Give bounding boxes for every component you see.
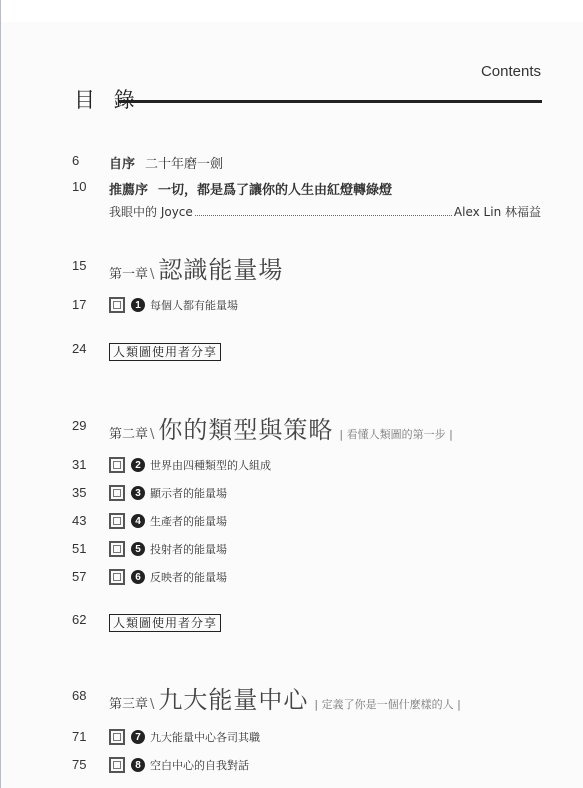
entry-prefix: 推薦序 — [109, 183, 148, 198]
slash-icon: \ — [150, 697, 154, 712]
dot-leader — [195, 215, 452, 216]
figure-number-badge: 1 — [131, 298, 145, 312]
page-number: 15 — [72, 258, 86, 273]
chapter-title: 你的類型與策略 — [158, 416, 333, 444]
figure-icon — [109, 729, 125, 745]
page-edge — [0, 0, 1, 788]
figure-title: 九大能量中心各司其職 — [150, 729, 260, 745]
figure-icon — [109, 513, 125, 529]
figure-title: 投射者的能量場 — [150, 541, 227, 557]
page-number: 24 — [72, 341, 86, 356]
page-number: 35 — [72, 485, 86, 500]
contents-heading-en: Contents — [481, 63, 541, 80]
toc-title: 目 錄 — [74, 84, 141, 114]
figure-icon — [109, 457, 125, 473]
foreword-author: Alex Lin 林福益 — [454, 203, 541, 220]
figure-title: 反映者的能量場 — [150, 569, 227, 585]
figure-title: 空白中心的自我對話 — [150, 757, 249, 773]
page-number: 29 — [72, 418, 86, 433]
figure-number-badge: 7 — [131, 730, 145, 744]
figure-number-badge: 6 — [131, 570, 145, 584]
slash-icon: \ — [150, 427, 154, 442]
page-number: 31 — [72, 457, 86, 472]
figure-icon — [109, 541, 125, 557]
foreword-author-line: 我眼中的 Joyce Alex Lin 林福益 — [109, 203, 541, 220]
figure-icon — [109, 569, 125, 585]
user-share-box: 人類圖使用者分享 — [109, 343, 221, 361]
chapter-title: 九大能量中心 — [158, 686, 308, 714]
page-top-margin — [0, 0, 583, 22]
chapter-title: 認識能量場 — [158, 256, 283, 284]
foreword-subtitle: 我眼中的 Joyce — [109, 203, 193, 220]
chapter-label: 第二章 — [109, 427, 148, 442]
figure-icon — [109, 757, 125, 773]
title-underline — [118, 100, 542, 103]
user-share-box: 人類圖使用者分享 — [109, 614, 221, 632]
entry-title: 一切，都是爲了讓你的人生由紅燈轉綠燈 — [158, 183, 392, 198]
chapter-label: 第一章 — [109, 267, 148, 282]
page-number: 75 — [72, 757, 86, 772]
slash-icon: \ — [150, 267, 154, 282]
page-number: 71 — [72, 729, 86, 744]
figure-title: 顯示者的能量場 — [150, 485, 227, 501]
page-number: 57 — [72, 569, 86, 584]
figure-number-badge: 2 — [131, 458, 145, 472]
figure-number-badge: 4 — [131, 514, 145, 528]
page-number: 10 — [72, 179, 86, 194]
entry-title: 二十年磨一劍 — [145, 157, 223, 172]
chapter-tagline: | 看懂人類圖的第一步 | — [339, 428, 452, 441]
figure-number-badge: 8 — [131, 758, 145, 772]
chapter-tagline: | 定義了你是一個什麼樣的人 | — [314, 698, 460, 711]
entry-prefix: 自序 — [109, 157, 135, 172]
figure-title: 每個人都有能量場 — [150, 297, 238, 313]
page-number: 62 — [72, 612, 86, 627]
figure-title: 生產者的能量場 — [150, 513, 227, 529]
page-number: 68 — [72, 688, 86, 703]
figure-title: 世界由四種類型的人組成 — [150, 457, 271, 473]
figure-number-badge: 5 — [131, 542, 145, 556]
figure-icon — [109, 297, 125, 313]
figure-number-badge: 3 — [131, 486, 145, 500]
toc-title-row: 目 錄 — [74, 84, 542, 114]
chapter-label: 第三章 — [109, 697, 148, 712]
page-number: 17 — [72, 297, 86, 312]
page-number: 43 — [72, 513, 86, 528]
page-number: 6 — [72, 153, 79, 168]
page-number: 51 — [72, 541, 86, 556]
figure-icon — [109, 485, 125, 501]
